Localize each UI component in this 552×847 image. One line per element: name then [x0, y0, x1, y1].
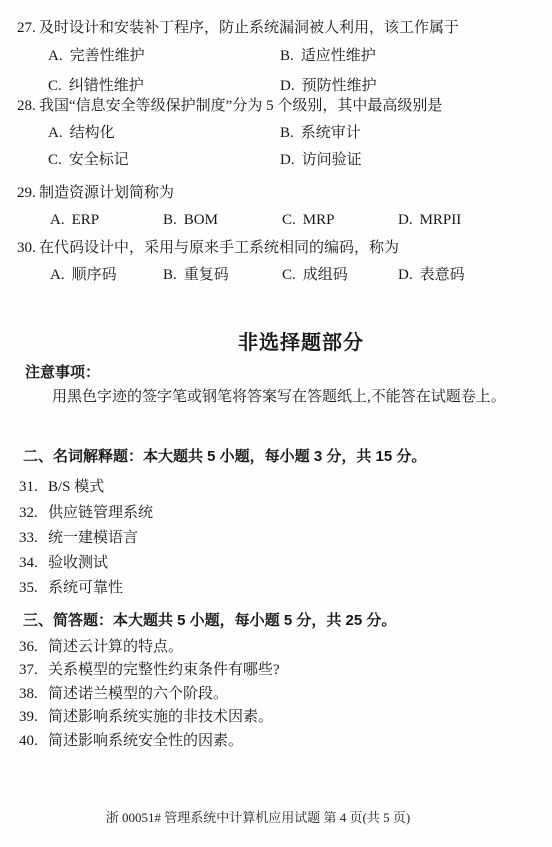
option-29-D: D.MRPII	[398, 210, 461, 230]
question-39: 39.简述影响系统实施的非技术因素。	[19, 707, 273, 727]
section-3-title: 三、简答题：本大题共 5 小题，每小题 5 分，共 25 分。	[23, 611, 396, 631]
question-number: 36.	[19, 637, 48, 657]
option-label: D.	[280, 76, 295, 96]
question-text: 在代码设计中，采用与原来手工系统相同的编码，称为	[39, 240, 399, 256]
page-footer: 浙 00051# 管理系统中计算机应用试题 第 4 页(共 5 页)	[0, 807, 534, 826]
option-text: 结构化	[70, 125, 115, 141]
question-number: 31.	[19, 477, 48, 497]
exam-page: 27.及时设计和安装补丁程序，防止系统漏洞被人利用，该工作属于 A.完善性维护 …	[0, 0, 552, 847]
section-2-title: 二、名词解释题：本大题共 5 小题，每小题 3 分，共 15 分。	[23, 447, 426, 467]
question-text: 简述云计算的特点。	[48, 639, 183, 655]
question-text: 供应链管理系统	[48, 505, 153, 521]
question-number: 34.	[19, 553, 48, 573]
question-40: 40.简述影响系统安全性的因素。	[19, 731, 243, 751]
option-text: 系统审计	[301, 125, 361, 141]
option-label: C.	[282, 265, 296, 285]
option-label: C.	[48, 150, 62, 170]
question-text: 及时设计和安装补丁程序，防止系统漏洞被人利用，该工作属于	[39, 20, 459, 36]
option-label: A.	[48, 123, 63, 143]
option-text: MRPII	[420, 212, 462, 228]
question-30: 30.在代码设计中，采用与原来手工系统相同的编码，称为	[17, 238, 399, 258]
question-text: 简述影响系统安全性的因素。	[48, 733, 243, 749]
question-text: 简述影响系统实施的非技术因素。	[48, 709, 273, 725]
option-label: B.	[163, 265, 177, 285]
question-27-options-row-1: A.完善性维护 B.适应性维护	[0, 46, 552, 66]
question-text: 验收测试	[48, 555, 108, 571]
option-label: A.	[48, 46, 63, 66]
option-label: C.	[282, 210, 296, 230]
option-29-B: B.BOM	[163, 210, 218, 230]
option-label: B.	[163, 210, 177, 230]
option-30-C: C.成组码	[282, 265, 348, 285]
question-number: 32.	[19, 503, 48, 523]
option-text: 适应性维护	[301, 48, 376, 64]
question-text: 统一建模语言	[48, 530, 138, 546]
option-text: MRP	[303, 212, 335, 228]
option-text: BOM	[184, 212, 218, 228]
option-text: 预防性维护	[302, 78, 377, 94]
option-29-A: A.ERP	[50, 210, 99, 230]
option-label: A.	[50, 210, 65, 230]
question-38: 38.简述诺兰模型的六个阶段。	[19, 684, 228, 704]
option-label: B.	[280, 46, 294, 66]
notes-title: 注意事项：	[25, 363, 100, 383]
question-text: 关系模型的完整性约束条件有哪些?	[48, 662, 280, 678]
question-number: 39.	[19, 707, 48, 727]
question-28: 28.我国“信息安全等级保护制度”分为 5 个级别，其中最高级别是	[17, 96, 442, 116]
option-28-A: A.结构化	[48, 123, 115, 143]
option-30-D: D.表意码	[398, 265, 465, 285]
question-32: 32.供应链管理系统	[19, 503, 153, 523]
option-label: A.	[50, 265, 65, 285]
question-28-options-row-1: A.结构化 B.系统审计	[0, 123, 552, 143]
question-number: 38.	[19, 684, 48, 704]
question-number: 33.	[19, 528, 48, 548]
question-35: 35.系统可靠性	[19, 578, 123, 598]
question-text: 制造资源计划简称为	[39, 185, 174, 201]
question-text: 简述诺兰模型的六个阶段。	[48, 686, 228, 702]
option-text: 完善性维护	[70, 48, 145, 64]
option-text: 成组码	[303, 267, 348, 283]
option-label: D.	[398, 265, 413, 285]
option-27-B: B.适应性维护	[280, 46, 376, 66]
question-number: 37.	[19, 660, 48, 680]
option-28-C: C.安全标记	[48, 150, 129, 170]
option-28-D: D.访问验证	[280, 150, 362, 170]
option-30-B: B.重复码	[163, 265, 229, 285]
question-number: 35.	[19, 578, 48, 598]
option-30-A: A.顺序码	[50, 265, 117, 285]
option-text: 安全标记	[69, 152, 129, 168]
question-text: 系统可靠性	[48, 580, 123, 596]
option-text: 访问验证	[302, 152, 362, 168]
question-36: 36.简述云计算的特点。	[19, 637, 183, 657]
notes-body: 用黑色字迹的签字笔或钢笔将答案写在答题纸上,不能答在试题卷上。	[52, 387, 506, 407]
section-heading: 非选择题部分	[25, 326, 552, 355]
option-label: D.	[398, 210, 413, 230]
option-text: 表意码	[420, 267, 465, 283]
question-29: 29.制造资源计划简称为	[17, 183, 174, 203]
option-text: 纠错性维护	[69, 78, 144, 94]
question-27: 27.及时设计和安装补丁程序，防止系统漏洞被人利用，该工作属于	[17, 18, 459, 38]
question-text: B/S 模式	[48, 479, 104, 495]
question-37: 37.关系模型的完整性约束条件有哪些?	[19, 660, 280, 680]
option-text: 顺序码	[72, 267, 117, 283]
question-number: 28.	[17, 96, 39, 116]
option-label: D.	[280, 150, 295, 170]
question-number: 29.	[17, 183, 39, 203]
question-34: 34.验收测试	[19, 553, 108, 573]
option-27-C: C.纠错性维护	[48, 76, 144, 96]
option-label: B.	[280, 123, 294, 143]
question-30-options-row: A.顺序码 B.重复码 C.成组码 D.表意码	[0, 265, 552, 285]
option-27-A: A.完善性维护	[48, 46, 145, 66]
question-27-options-row-2: C.纠错性维护 D.预防性维护	[0, 76, 552, 96]
option-label: C.	[48, 76, 62, 96]
option-text: 重复码	[184, 267, 229, 283]
question-number: 27.	[17, 18, 39, 38]
option-text: ERP	[72, 212, 100, 228]
question-text: 我国“信息安全等级保护制度”分为 5 个级别，其中最高级别是	[39, 98, 442, 114]
question-31: 31.B/S 模式	[19, 477, 104, 497]
question-28-options-row-2: C.安全标记 D.访问验证	[0, 150, 552, 170]
option-27-D: D.预防性维护	[280, 76, 377, 96]
question-number: 30.	[17, 238, 39, 258]
option-28-B: B.系统审计	[280, 123, 361, 143]
question-33: 33.统一建模语言	[19, 528, 138, 548]
question-29-options-row: A.ERP B.BOM C.MRP D.MRPII	[0, 210, 552, 230]
question-number: 40.	[19, 731, 48, 751]
option-29-C: C.MRP	[282, 210, 334, 230]
